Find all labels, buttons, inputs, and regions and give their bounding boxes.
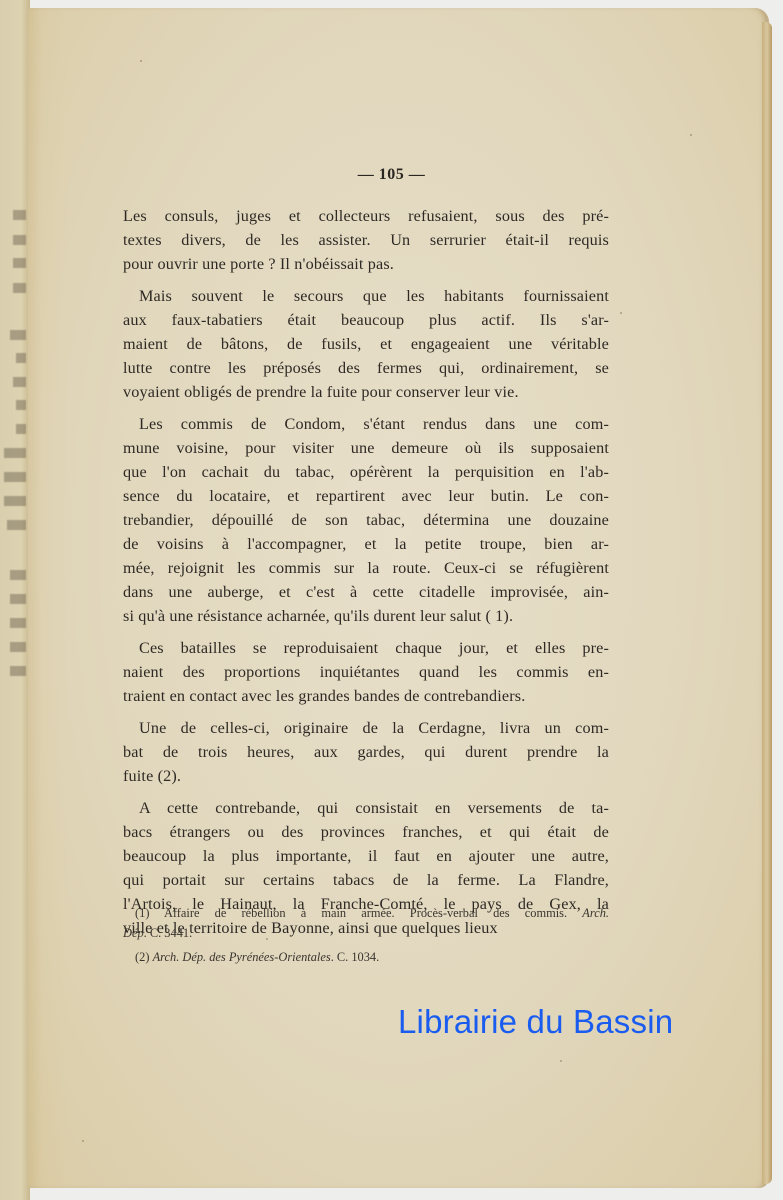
facing-page-text-fragment bbox=[13, 210, 26, 220]
text-line: Une de celles-ci, originaire de la Cerda… bbox=[123, 716, 609, 740]
paragraph: Une de celles-ci, originaire de la Cerda… bbox=[123, 716, 609, 788]
footnote-1-text: Affaire de rébellion à main armée. Procè… bbox=[164, 906, 567, 920]
facing-page-text-fragment bbox=[10, 642, 26, 652]
footnotes: (1) Affaire de rébellion à main armée. P… bbox=[123, 903, 609, 967]
footnote-2-source: Arch. Dép. des Pyrénées-Orientales bbox=[153, 950, 331, 964]
text-line: mée, rejoignit les commis sur la route. … bbox=[123, 556, 609, 580]
text-line: trebandier, dépouillé de son tabac, déte… bbox=[123, 508, 609, 532]
footnote-1-source-dep: Dép bbox=[123, 926, 144, 940]
facing-page-text-fragment bbox=[7, 520, 26, 530]
facing-page-text-fragment bbox=[16, 400, 26, 410]
facing-page-text-fragment bbox=[4, 472, 26, 482]
body-text: Les consuls, juges et collecteurs refusa… bbox=[123, 204, 609, 948]
facing-page-text-fragment bbox=[16, 353, 26, 363]
facing-page-text-fragment bbox=[10, 618, 26, 628]
facing-page-text-fragment bbox=[4, 448, 26, 458]
facing-page-text-fragment bbox=[16, 424, 26, 434]
text-line: dans une auberge, et c'est à cette citad… bbox=[123, 580, 609, 604]
text-line: bat de trois heures, aux gardes, qui dur… bbox=[123, 740, 609, 764]
footnote-2-marker: (2) bbox=[135, 950, 149, 964]
facing-page-text-fragment bbox=[10, 330, 26, 340]
facing-page-text-fragment bbox=[10, 666, 26, 676]
footnote-1-reference: . C. 3441. bbox=[144, 926, 193, 940]
watermark-text: Librairie du Bassin bbox=[398, 1003, 673, 1041]
text-line: aux faux-tabatiers était beaucoup plus a… bbox=[123, 308, 609, 332]
text-line: Ces batailles se reproduisaient chaque j… bbox=[123, 636, 609, 660]
facing-page-text-fragment bbox=[13, 235, 26, 245]
facing-page-text-fragment bbox=[13, 283, 26, 293]
footnote-1-source: Arch. bbox=[582, 906, 609, 920]
text-line: pour ouvrir une porte ? Il n'obéissait p… bbox=[123, 252, 609, 276]
text-line: mune voisine, pour visiter une demeure o… bbox=[123, 436, 609, 460]
paragraph: Mais souvent le secours que les habitant… bbox=[123, 284, 609, 404]
text-line: textes divers, de les assister. Un serru… bbox=[123, 228, 609, 252]
paragraph: Ces batailles se reproduisaient chaque j… bbox=[123, 636, 609, 708]
page-stack-edge bbox=[762, 22, 772, 1184]
text-line: bacs étrangers ou des provinces franches… bbox=[123, 820, 609, 844]
text-line: maient de bâtons, de fusils, et engageai… bbox=[123, 332, 609, 356]
page-number: — 105 — bbox=[0, 166, 783, 184]
footnote-1-marker: (1) bbox=[135, 906, 149, 920]
paragraph: Les commis de Condom, s'étant rendus dan… bbox=[123, 412, 609, 628]
text-line: A cette contrebande, qui consistait en v… bbox=[123, 796, 609, 820]
facing-page-text-fragment bbox=[10, 570, 26, 580]
text-line: voyaient obligés de prendre la fuite pou… bbox=[123, 380, 609, 404]
text-line: fuite (2). bbox=[123, 764, 609, 788]
text-line: naient des proportions inquiétantes quan… bbox=[123, 660, 609, 684]
text-line: Les commis de Condom, s'étant rendus dan… bbox=[123, 412, 609, 436]
footnote-2-reference: . C. 1034. bbox=[331, 950, 380, 964]
facing-page-text-fragment bbox=[10, 594, 26, 604]
text-line: traient en contact avec les grandes band… bbox=[123, 684, 609, 708]
text-line: lutte contre les préposés des fermes qui… bbox=[123, 356, 609, 380]
footnote-2: (2) Arch. Dép. des Pyrénées-Orientales. … bbox=[123, 947, 609, 967]
text-line: Mais souvent le secours que les habitant… bbox=[123, 284, 609, 308]
footnote-1-line-2: Dép. C. 3441. bbox=[123, 923, 609, 943]
text-line: si qu'à une résistance acharnée, qu'ils … bbox=[123, 604, 609, 628]
text-line: beaucoup la plus importante, il faut en … bbox=[123, 844, 609, 868]
text-line: de voisins à l'accompagner, et la petite… bbox=[123, 532, 609, 556]
text-line: sence du locataire, et repartirent avec … bbox=[123, 484, 609, 508]
paragraph: Les consuls, juges et collecteurs refusa… bbox=[123, 204, 609, 276]
text-line: que l'on cachait du tabac, opérèrent la … bbox=[123, 460, 609, 484]
facing-page-text-fragment bbox=[4, 496, 26, 506]
text-line: qui portait sur certains tabacs de la fe… bbox=[123, 868, 609, 892]
facing-page-text-fragment bbox=[13, 377, 26, 387]
text-line: Les consuls, juges et collecteurs refusa… bbox=[123, 204, 609, 228]
footnote-1-line-1: (1) Affaire de rébellion à main armée. P… bbox=[123, 903, 609, 923]
facing-page-text-fragment bbox=[13, 258, 26, 268]
